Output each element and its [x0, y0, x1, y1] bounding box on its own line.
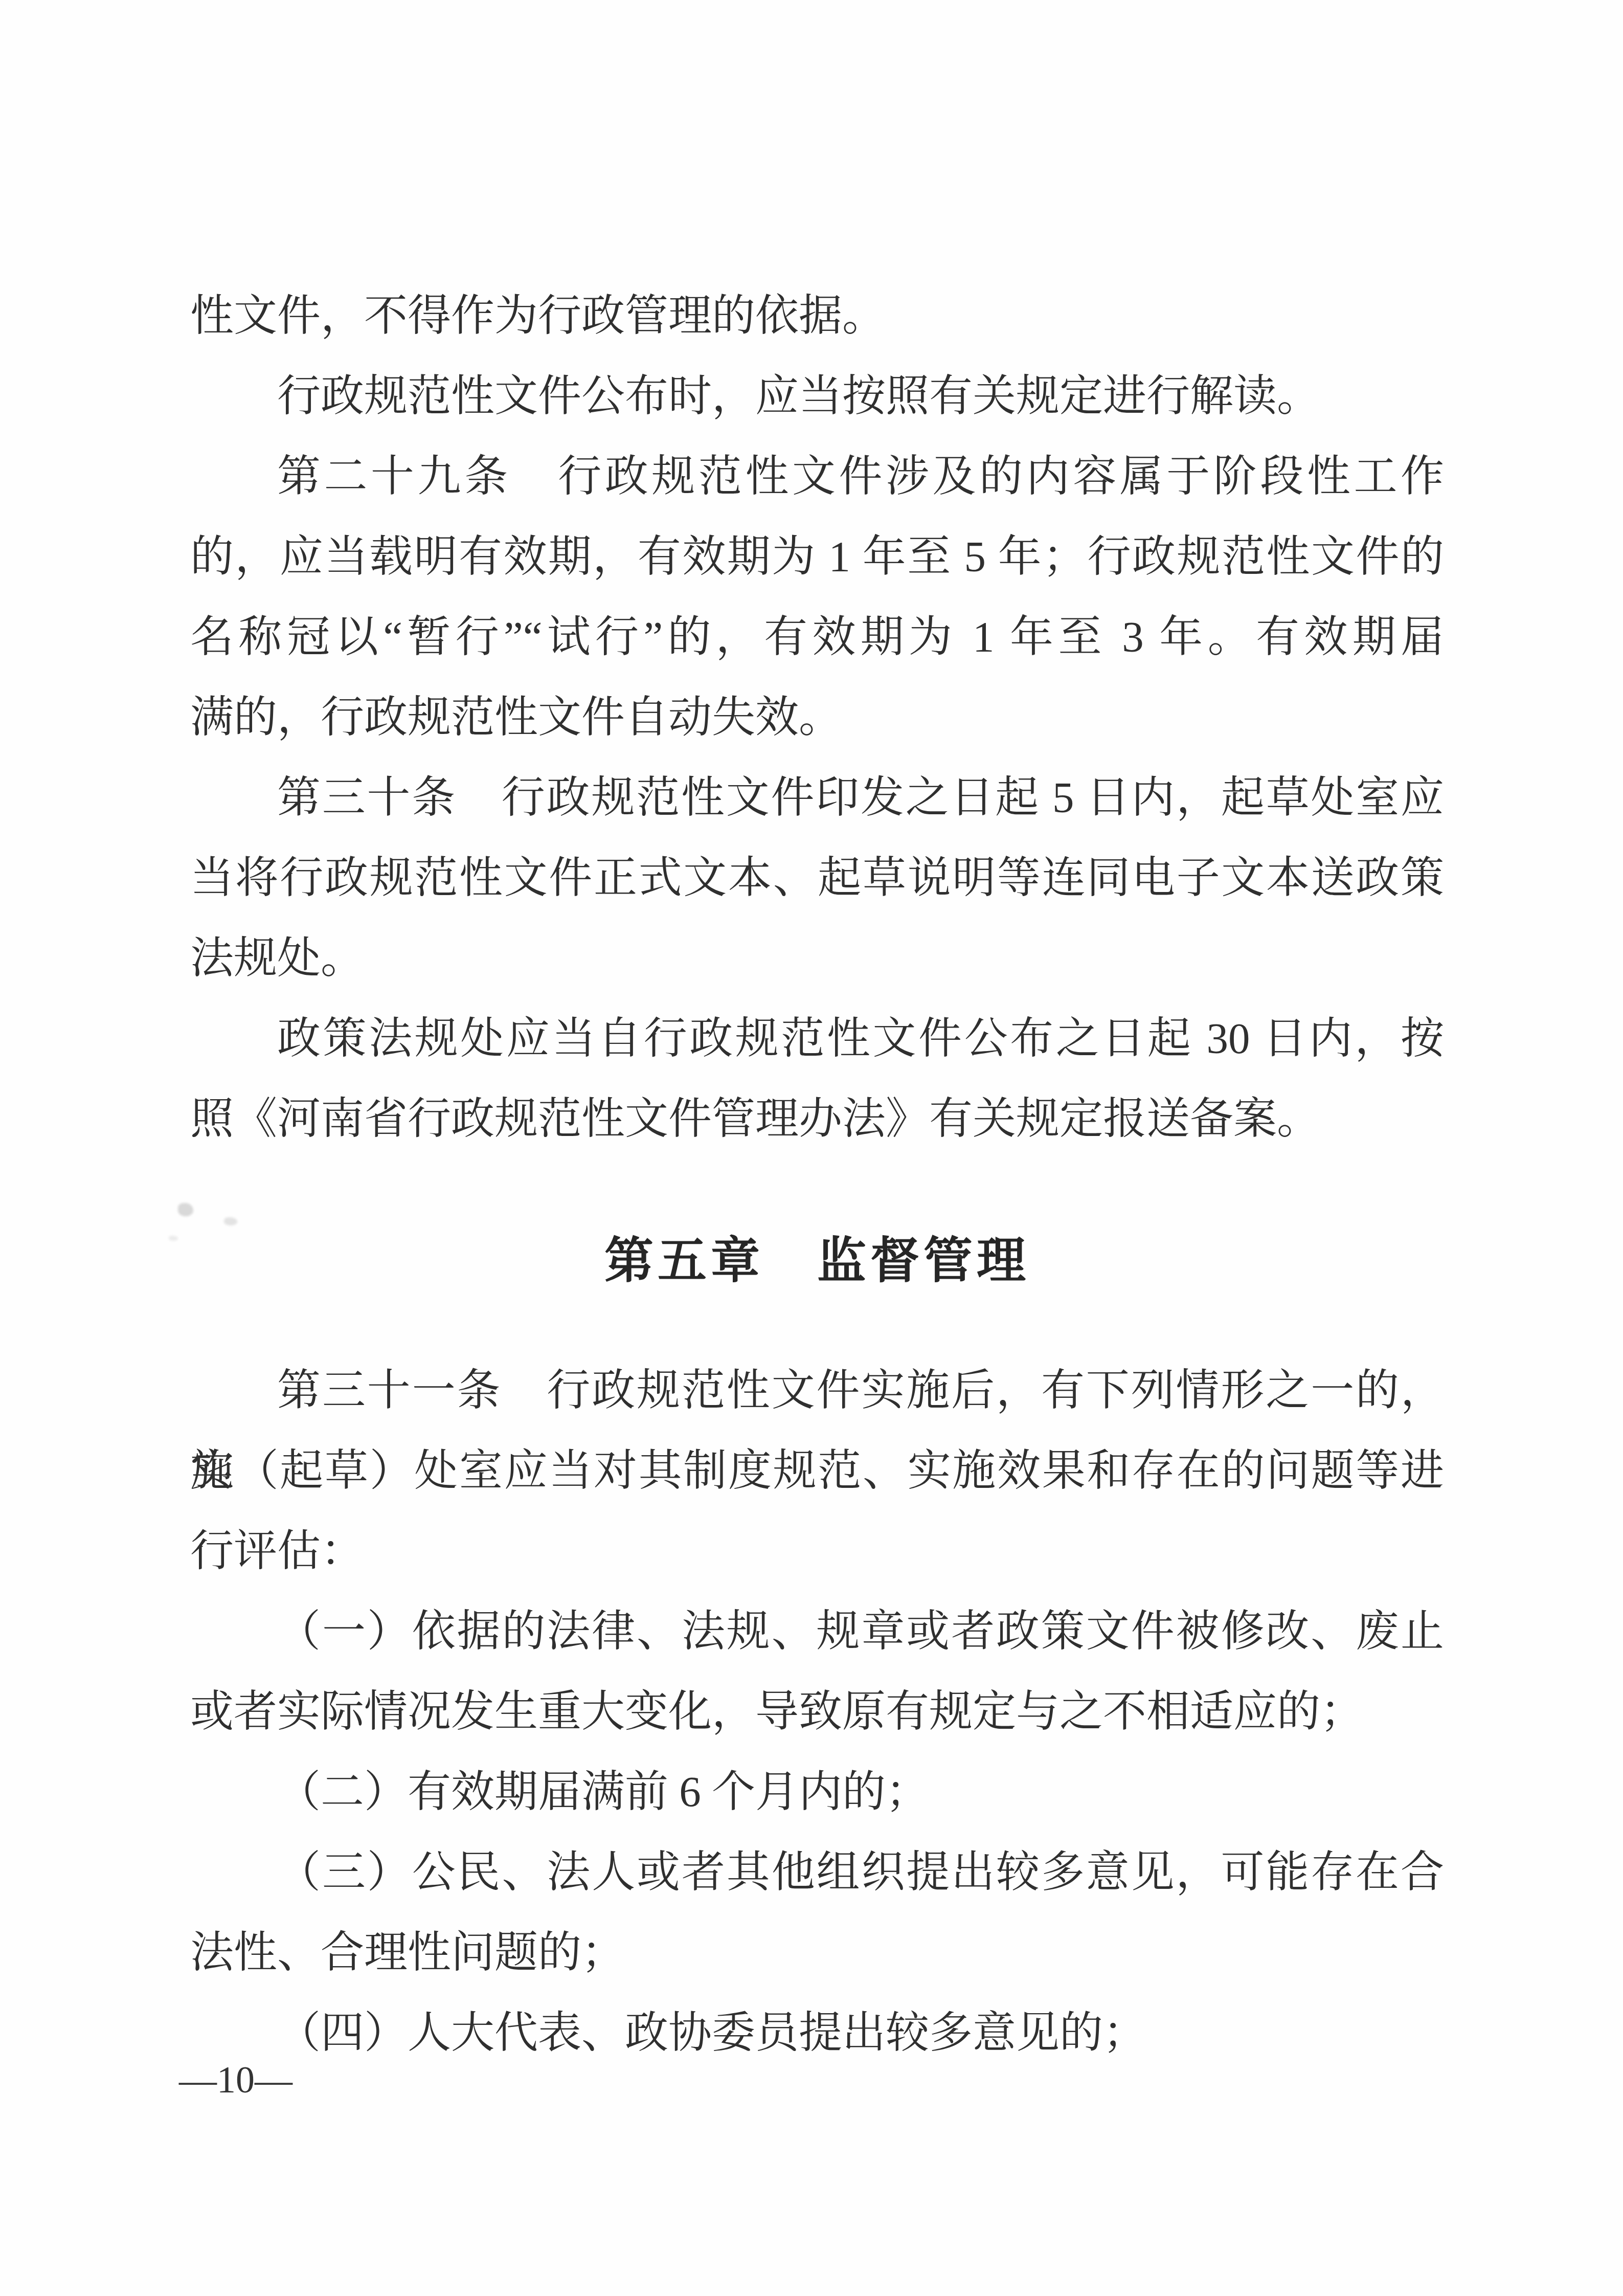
text-line: 照《河南省行政规范性文件管理办法》有关规定报送备案。 — [190, 1079, 1444, 1160]
text-line: 行政规范性文件公布时，应当按照有关规定进行解读。 — [190, 356, 1444, 437]
scan-artifact — [169, 1236, 178, 1241]
text-line: 当将行政规范性文件正式文本、起草说明等连同电子文本送政策 — [190, 838, 1444, 919]
document-body: 性文件，不得作为行政管理的依据。 行政规范性文件公布时，应当按照有关规定进行解读… — [190, 276, 1444, 2074]
text-line: 满的，行政规范性文件自动失效。 — [190, 678, 1444, 758]
document-page: 性文件，不得作为行政管理的依据。 行政规范性文件公布时，应当按照有关规定进行解读… — [0, 0, 1623, 2296]
text-line: 法性、合理性问题的； — [190, 1913, 1444, 1993]
text-line: （四）人大代表、政协委员提出较多意见的； — [190, 1993, 1444, 2074]
text-line: 的，应当载明有效期，有效期为 1 年至 5 年；行政规范性文件的 — [190, 517, 1444, 597]
text-line: 行评估： — [190, 1511, 1444, 1592]
scan-artifact — [178, 1203, 193, 1216]
text-line: 性文件，不得作为行政管理的依据。 — [190, 276, 1444, 356]
text-line: 法规处。 — [190, 919, 1444, 999]
chapter-heading: 第五章 监督管理 — [190, 1220, 1444, 1302]
text-line: 名称冠以“暂行”“试行”的，有效期为 1 年至 3 年。有效期届 — [190, 597, 1444, 678]
page-number: —10— — [179, 2057, 292, 2103]
text-line: 第二十九条 行政规范性文件涉及的内容属于阶段性工作 — [190, 437, 1444, 517]
text-line: （一）依据的法律、法规、规章或者政策文件被修改、废止 — [190, 1592, 1444, 1672]
text-line: 第三十条 行政规范性文件印发之日起 5 日内，起草处室应 — [190, 758, 1444, 838]
text-line: 第三十一条 行政规范性文件实施后，有下列情形之一的，实 — [190, 1351, 1444, 1431]
text-line: （三）公民、法人或者其他组织提出较多意见，可能存在合 — [190, 1833, 1444, 1913]
scan-artifact — [224, 1217, 237, 1225]
text-line: 或者实际情况发生重大变化，导致原有规定与之不相适应的； — [190, 1672, 1444, 1752]
text-line: 施（起草）处室应当对其制度规范、实施效果和存在的问题等进 — [190, 1431, 1444, 1511]
text-line: 政策法规处应当自行政规范性文件公布之日起 30 日内，按 — [190, 999, 1444, 1079]
text-line: （二）有效期届满前 6 个月内的； — [190, 1752, 1444, 1833]
